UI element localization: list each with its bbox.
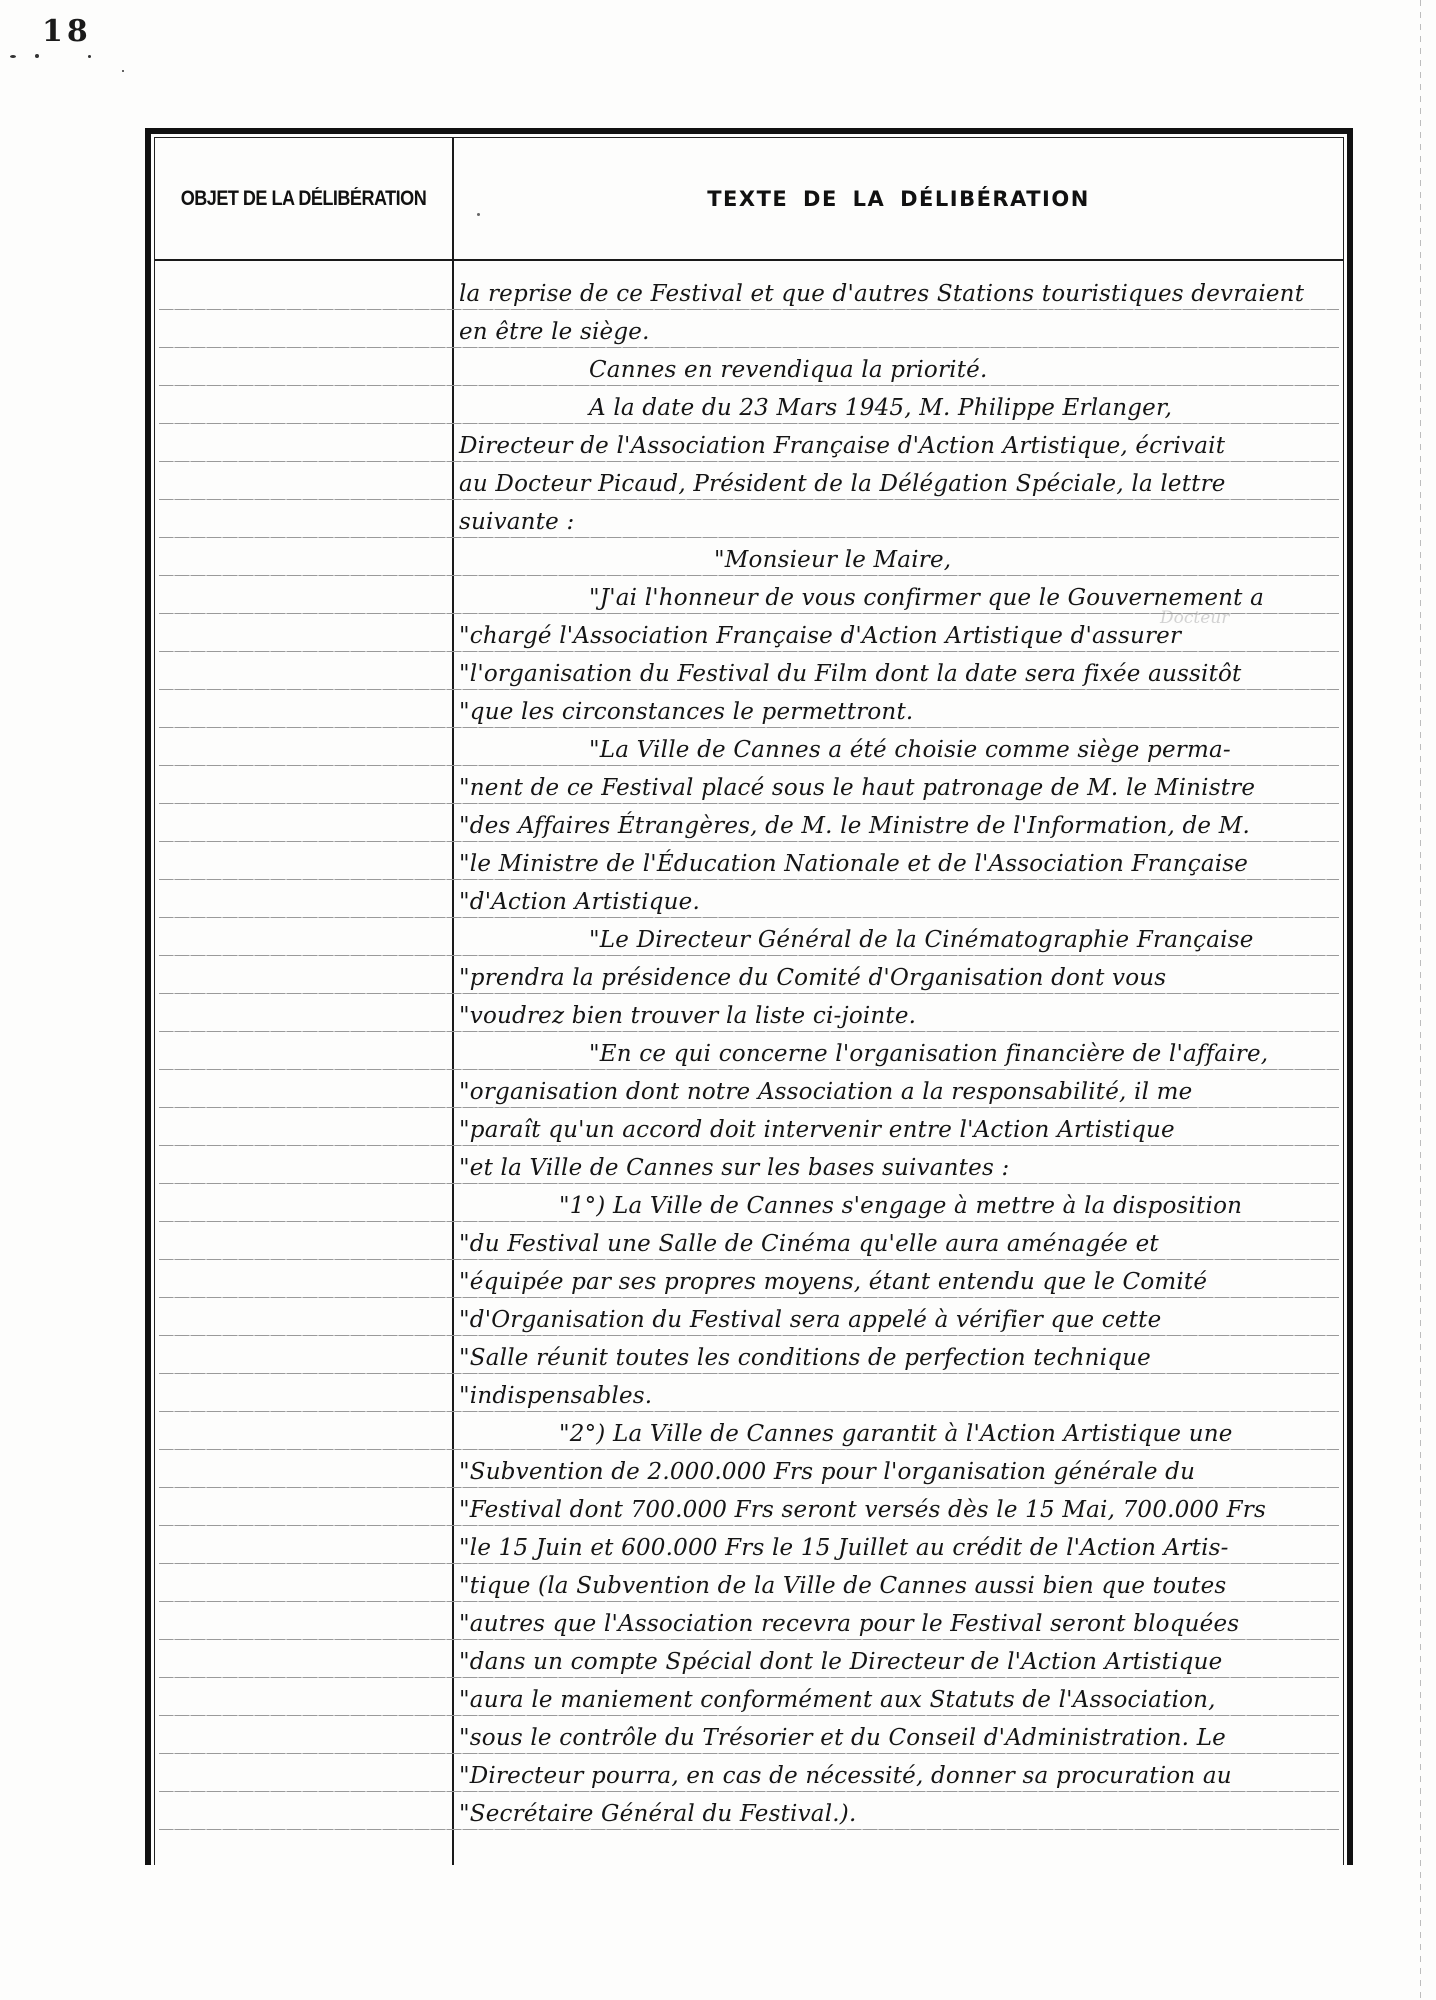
text-line: "voudrez bien trouver la liste ci-jointe…	[459, 1001, 1327, 1039]
text-line: "Le Directeur Général de la Cinématograp…	[459, 925, 1327, 963]
text-line: "que les circonstances le permettront.	[459, 697, 1327, 735]
text-line: "paraît qu'un accord doit intervenir ent…	[459, 1115, 1327, 1153]
text-line: "Salle réunit toutes les conditions de p…	[459, 1343, 1327, 1381]
text-line: "1°) La Ville de Cannes s'engage à mettr…	[459, 1191, 1327, 1229]
text-line: "dans un compte Spécial dont le Directeu…	[459, 1647, 1327, 1685]
text-line: "indispensables.	[459, 1381, 1327, 1419]
text-line: "des Affaires Étrangères, de M. le Minis…	[459, 811, 1327, 849]
text-line: "chargé l'Association Française d'Action…	[459, 621, 1327, 659]
text-line: "tique (la Subvention de la Ville de Can…	[459, 1571, 1327, 1609]
text-line: suivante :	[459, 507, 1327, 545]
text-line: "2°) La Ville de Cannes garantit à l'Act…	[459, 1419, 1327, 1457]
page-number: 18	[42, 14, 92, 49]
table-inner-border: OBJET DE LA DÉLIBÉRATION TEXTE DE LA DÉL…	[154, 137, 1344, 1865]
text-line: "le 15 Juin et 600.000 Frs le 15 Juillet…	[459, 1533, 1327, 1571]
text-line: "Directeur pourra, en cas de nécessité, …	[459, 1761, 1327, 1799]
text-line: "Secrétaire Général du Festival.).	[459, 1799, 1327, 1837]
header-objet: OBJET DE LA DÉLIBÉRATION	[176, 138, 431, 259]
text-line: "La Ville de Cannes a été choisie comme …	[459, 735, 1327, 773]
page-edge-line	[1420, 0, 1421, 2000]
text-line: "Subvention de 2.000.000 Frs pour l'orga…	[459, 1457, 1327, 1495]
header-texte: TEXTE DE LA DÉLIBÉRATION	[454, 138, 1343, 259]
text-line: A la date du 23 Mars 1945, M. Philippe E…	[459, 393, 1327, 431]
ink-speck	[122, 70, 124, 72]
text-line: "le Ministre de l'Éducation Nationale et…	[459, 849, 1327, 887]
deliberation-table: OBJET DE LA DÉLIBÉRATION TEXTE DE LA DÉL…	[145, 128, 1353, 1865]
text-line: "Monsieur le Maire,	[459, 545, 1327, 583]
text-line: Cannes en revendiqua la priorité.	[459, 355, 1327, 393]
text-line: "prendra la présidence du Comité d'Organ…	[459, 963, 1327, 1001]
text-line: "J'ai l'honneur de vous confirmer que le…	[459, 583, 1327, 621]
text-line: "du Festival une Salle de Cinéma qu'elle…	[459, 1229, 1327, 1267]
text-line: "l'organisation du Festival du Film dont…	[459, 659, 1327, 697]
text-line: "En ce qui concerne l'organisation finan…	[459, 1039, 1327, 1077]
text-line: la reprise de ce Festival et que d'autre…	[459, 279, 1327, 317]
text-line: "d'Organisation du Festival sera appelé …	[459, 1305, 1327, 1343]
text-line: "organisation dont notre Association a l…	[459, 1077, 1327, 1115]
text-line: "équipée par ses propres moyens, étant e…	[459, 1267, 1327, 1305]
text-line: "et la Ville de Cannes sur les bases sui…	[459, 1153, 1327, 1191]
text-line: "d'Action Artistique.	[459, 887, 1327, 925]
text-line: "Festival dont 700.000 Frs seront versés…	[459, 1495, 1327, 1533]
text-line: "nent de ce Festival placé sous le haut …	[459, 773, 1327, 811]
ink-speck	[477, 213, 480, 216]
ink-speck	[88, 55, 91, 58]
text-line: "aura le maniement conformément aux Stat…	[459, 1685, 1327, 1723]
ink-speck	[10, 55, 16, 58]
text-line: "sous le contrôle du Trésorier et du Con…	[459, 1723, 1327, 1761]
text-line: Directeur de l'Association Française d'A…	[459, 431, 1327, 469]
text-line: au Docteur Picaud, Président de la Délég…	[459, 469, 1327, 507]
ink-speck	[35, 54, 39, 58]
text-line: en être le siège.	[459, 317, 1327, 355]
text-line: "autres que l'Association recevra pour l…	[459, 1609, 1327, 1647]
